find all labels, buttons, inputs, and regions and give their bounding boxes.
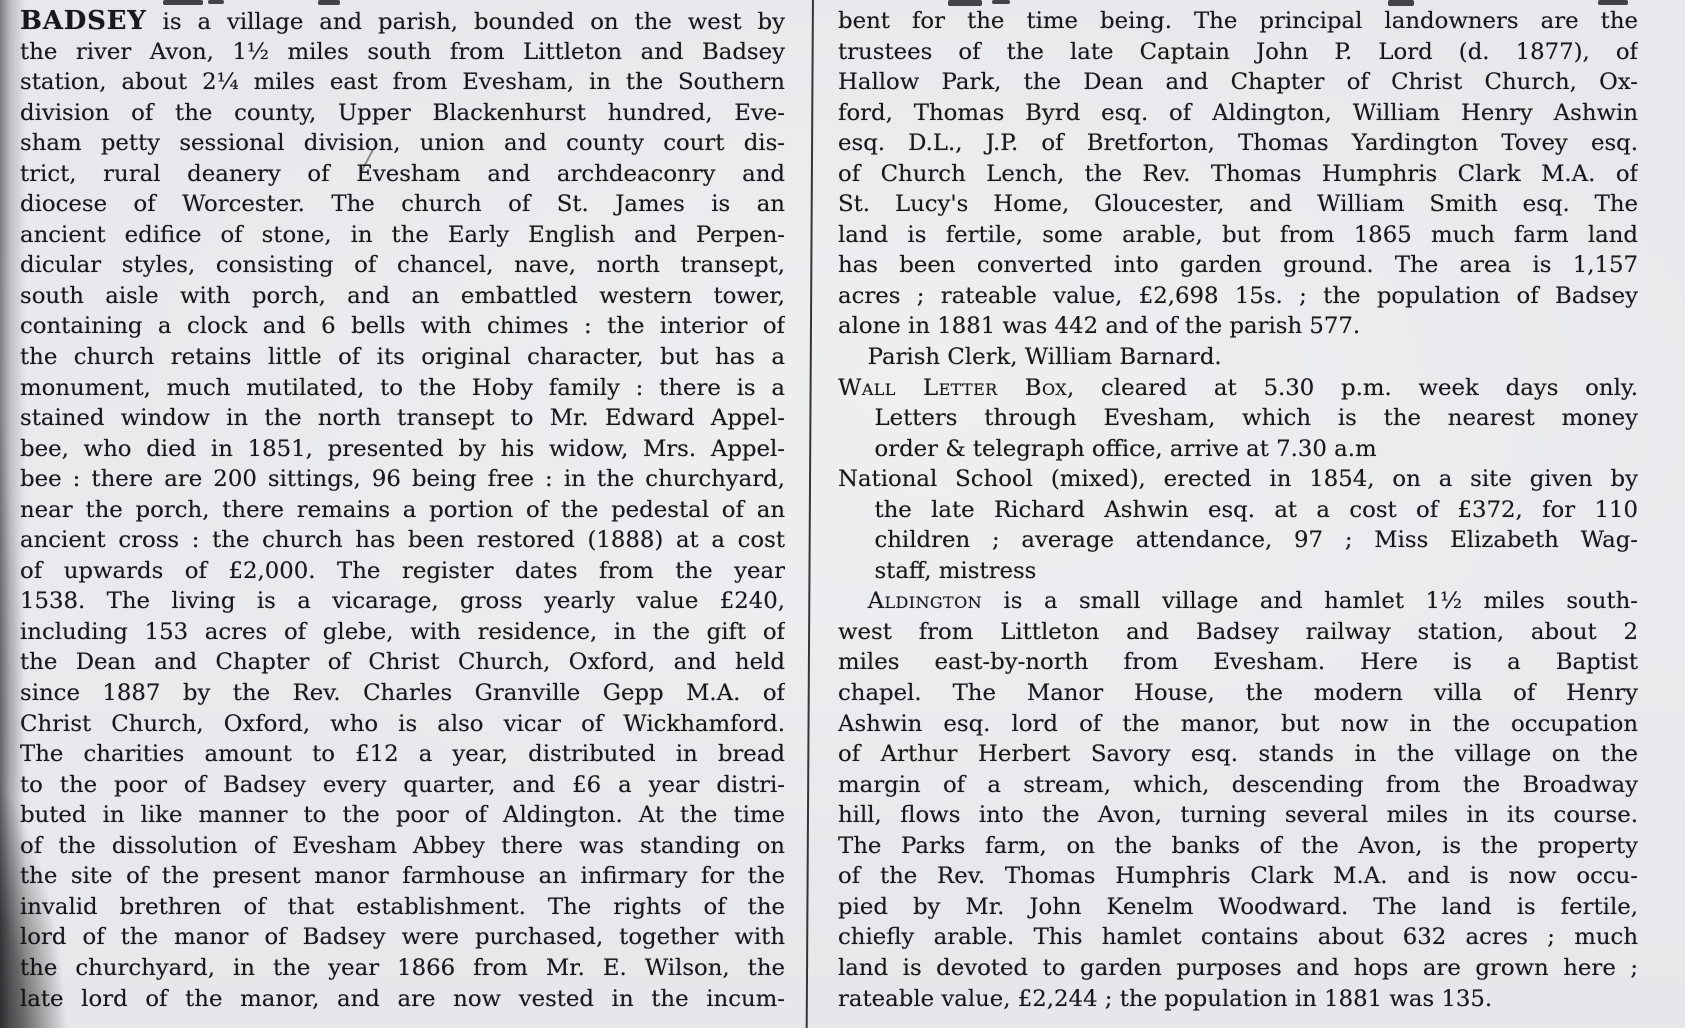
text-line: west from Littleton and Badsey railway s… (838, 617, 1638, 648)
text-line: miles east-by-north from Evesham. Here i… (838, 647, 1638, 678)
text-line: of the Rev. Thomas Humphris Clark M.A. a… (838, 861, 1638, 892)
column-divider-rule (806, 0, 815, 1028)
right-text-column: bent for the time being. The principal l… (838, 6, 1638, 1014)
text-line: stained window in the north transept to … (20, 403, 785, 434)
smallcaps-heading: Aldington (868, 588, 982, 614)
text-line: margin of a stream, which, descending fr… (838, 770, 1638, 801)
text-line: ford, Thomas Byrd esq. of Aldington, Wil… (838, 98, 1638, 129)
text-line: Parish Clerk, William Barnard. (838, 342, 1638, 373)
smallcaps-heading: Wall Letter Box (838, 375, 1067, 401)
text-line: rateable value, £2,244 ; the population … (838, 984, 1638, 1015)
text-line: children ; average attendance, 97 ; Miss… (838, 525, 1638, 556)
text-line: order & telegraph office, arrive at 7.30… (838, 434, 1638, 465)
text-line: the church retains little of its origina… (20, 342, 785, 373)
text-line: Christ Church, Oxford, who is also vicar… (20, 709, 785, 740)
text-line: The charities amount to £12 a year, dist… (20, 739, 785, 770)
text-line: lord of the manor of Badsey were purchas… (20, 922, 785, 953)
scanned-directory-page: BADSEY is a village and parish, bounded … (0, 0, 1685, 1028)
text-line: chiefly arable. This hamlet contains abo… (838, 922, 1638, 953)
text-line: The Parks farm, on the banks of the Avon… (838, 831, 1638, 862)
text-line: containing a clock and 6 bells with chim… (20, 311, 785, 342)
text-line: diocese of Worcester. The church of St. … (20, 189, 785, 220)
text-line: St. Lucy's Home, Gloucester, and William… (838, 189, 1638, 220)
text-line: of Arthur Herbert Savory esq. stands in … (838, 739, 1638, 770)
text-line: dicular styles, consisting of chancel, n… (20, 250, 785, 281)
text-line: the river Avon, 1½ miles south from Litt… (20, 37, 785, 68)
line-text: is a village and parish, bounded on the … (147, 9, 785, 35)
text-line: buted in like manner to the poor of Aldi… (20, 800, 785, 831)
text-line: Wall Letter Box, cleared at 5.30 p.m. we… (838, 373, 1638, 404)
text-line: the churchyard, in the year 1866 from Mr… (20, 953, 785, 984)
text-fragment (992, 0, 1010, 4)
text-line: BADSEY is a village and parish, bounded … (20, 6, 785, 37)
text-line: ancient cross : the church has been rest… (20, 525, 785, 556)
text-line: bee : there are 200 sittings, 96 being f… (20, 464, 785, 495)
text-line: near the porch, there remains a portion … (20, 495, 785, 526)
entry-heading: BADSEY (20, 6, 147, 36)
text-line: the late Richard Ashwin esq. at a cost o… (838, 495, 1638, 526)
text-line: trustees of the late Captain John P. Lor… (838, 37, 1638, 68)
text-line: bee, who died in 1851, presented by his … (20, 434, 785, 465)
text-line: chapel. The Manor House, the modern vill… (838, 678, 1638, 709)
text-line: trict, rural deanery of Evesham and arch… (20, 159, 785, 190)
text-line: has been converted into garden ground. T… (838, 250, 1638, 281)
text-line: of the dissolution of Evesham Abbey ther… (20, 831, 785, 862)
text-fragment (318, 0, 340, 5)
text-line: land is devoted to garden purposes and h… (838, 953, 1638, 984)
text-line: Ashwin esq. lord of the manor, but now i… (838, 709, 1638, 740)
text-line: staff, mistress (838, 556, 1638, 587)
text-fragment (163, 0, 203, 5)
text-line: the Dean and Chapter of Christ Church, O… (20, 647, 785, 678)
text-line: invalid brethren of that establishment. … (20, 892, 785, 923)
text-line: 1538. The living is a vicarage, gross ye… (20, 586, 785, 617)
text-line: hill, flows into the Avon, turning sever… (838, 800, 1638, 831)
text-line: alone in 1881 was 442 and of the parish … (838, 311, 1638, 342)
text-line: of Church Lench, the Rev. Thomas Humphri… (838, 159, 1638, 190)
text-fragment (1598, 0, 1628, 5)
text-line: of upwards of £2,000. The register dates… (20, 556, 785, 587)
text-line: since 1887 by the Rev. Charles Granville… (20, 678, 785, 709)
text-line: Letters through Evesham, which is the ne… (838, 403, 1638, 434)
text-line: south aisle with porch, and an embattled… (20, 281, 785, 312)
text-fragment (208, 0, 224, 4)
text-line: land is fertile, some arable, but from 1… (838, 220, 1638, 251)
line-text: is a small village and hamlet 1½ miles s… (982, 588, 1638, 614)
text-line: Hallow Park, the Dean and Chapter of Chr… (838, 67, 1638, 98)
left-text-column: BADSEY is a village and parish, bounded … (20, 6, 785, 1014)
text-line: division of the county, Upper Blackenhur… (20, 98, 785, 129)
text-line: sham petty sessional division, union and… (20, 128, 785, 159)
text-line: pied by Mr. John Kenelm Woodward. The la… (838, 892, 1638, 923)
text-line: including 153 acres of glebe, with resid… (20, 617, 785, 648)
text-line: bent for the time being. The principal l… (838, 6, 1638, 37)
text-line: late lord of the manor, and are now vest… (20, 984, 785, 1015)
line-text: , cleared at 5.30 p.m. week days only. (1067, 375, 1638, 401)
text-line: Aldington is a small village and hamlet … (838, 586, 1638, 617)
text-line: ancient edifice of stone, in the Early E… (20, 220, 785, 251)
text-line: monument, much mutilated, to the Hoby fa… (20, 373, 785, 404)
text-line: acres ; rateable value, £2,698 15s. ; th… (838, 281, 1638, 312)
text-line: station, about 2¼ miles east from Evesha… (20, 67, 785, 98)
text-line: National School (mixed), erected in 1854… (838, 464, 1638, 495)
text-line: to the poor of Badsey every quarter, and… (20, 770, 785, 801)
text-line: esq. D.L., J.P. of Bretforton, Thomas Ya… (838, 128, 1638, 159)
text-line: the site of the present manor farmhouse … (20, 861, 785, 892)
